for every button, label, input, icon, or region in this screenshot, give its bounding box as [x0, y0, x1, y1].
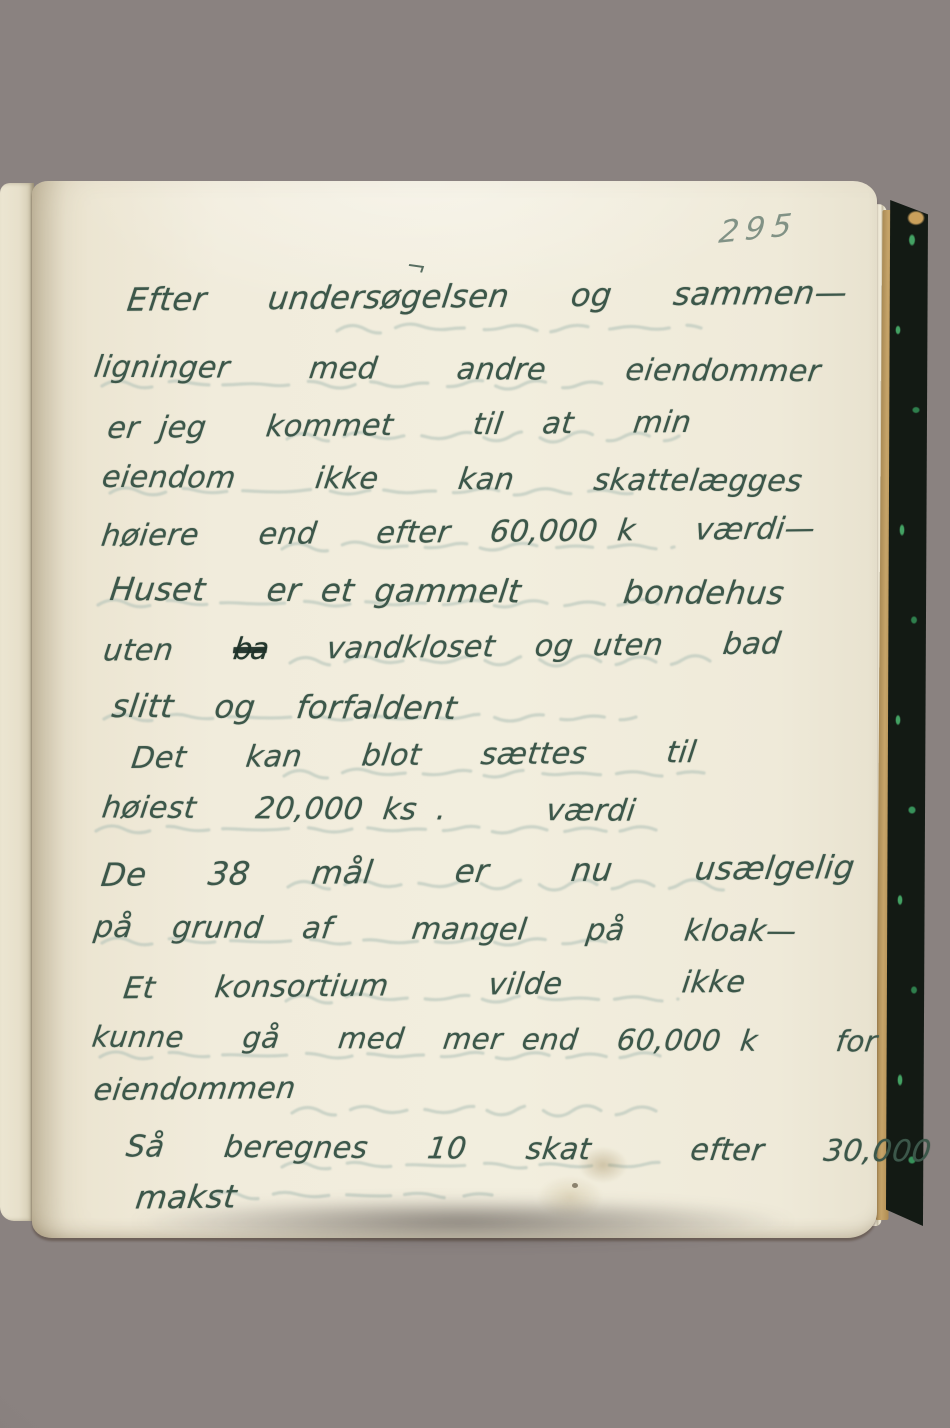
- handwriting-text: ligninger med andre eiendommer: [92, 350, 823, 389]
- previous-page-edge: [0, 183, 34, 1221]
- handwriting-text: eiendommen: [92, 1071, 298, 1108]
- handwriting-line: høiere end efter 60,000 k værdi—: [99, 511, 817, 553]
- handwriting-line: Huset er et gammelt bondehus: [108, 570, 787, 612]
- handwriting-line: Et konsortium vilde ikke: [121, 965, 748, 1007]
- handwriting-line: på grund af mangel på kloak—: [92, 910, 799, 949]
- handwriting-block: Efter undersøgelsen og sammen—ligninger …: [32, 181, 877, 1238]
- handwriting-text: høiest 20,000 ks . værdi: [100, 790, 638, 828]
- handwriting-line: ligninger med andre eiendommer: [92, 350, 823, 389]
- handwriting-text: er jeg kommet til at min: [105, 405, 693, 446]
- handwriting-line: høiest 20,000 ks . værdi: [100, 790, 638, 828]
- handwriting-text: eiendom ikke kan skattelægges: [100, 460, 805, 499]
- handwriting-text: uten: [101, 632, 235, 668]
- photo-background: 295 ¬ Efter undersøgelsen og sammen—lign…: [0, 0, 950, 1428]
- notebook-page: 295 ¬ Efter undersøgelsen og sammen—lign…: [32, 181, 877, 1238]
- handwriting-text: høiere end efter 60,000 k værdi—: [99, 511, 817, 553]
- handwriting-line: slitt og forfaldent: [110, 687, 460, 727]
- handwriting-text: vandkloset og uten bad: [265, 626, 784, 666]
- handwriting-text: De 38 mål er nu usælgelig: [99, 848, 857, 894]
- handwriting-text: slitt og forfaldent: [110, 687, 460, 727]
- handwriting-line: Det kan blot sættes til: [129, 735, 698, 776]
- marbled-cover: [886, 200, 928, 1226]
- struck-word: ba: [231, 632, 269, 667]
- paper-speck: [572, 1183, 578, 1188]
- handwriting-line: De 38 mål er nu usælgelig: [99, 848, 857, 894]
- handwriting-line: Efter undersøgelsen og sammen—: [125, 273, 850, 319]
- handwriting-line: eiendommen: [92, 1071, 298, 1108]
- book-drop-shadow: [18, 1196, 908, 1260]
- handwriting-text: Huset er et gammelt bondehus: [108, 570, 787, 612]
- handwriting-line: kunne gå med mer end 60,000 k for: [90, 1020, 879, 1059]
- handwriting-text: Det kan blot sættes til: [129, 735, 698, 776]
- handwriting-line: eiendom ikke kan skattelægges: [100, 460, 805, 499]
- handwriting-text: på grund af mangel på kloak—: [92, 910, 799, 949]
- handwriting-text: kunne gå med mer end 60,000 k for: [90, 1020, 879, 1059]
- handwriting-text: Efter undersøgelsen og sammen—: [125, 273, 850, 319]
- handwriting-line: uten ba vandkloset og uten bad: [101, 626, 783, 668]
- handwriting-line: er jeg kommet til at min: [105, 405, 693, 446]
- handwriting-text: Et konsortium vilde ikke: [121, 965, 748, 1007]
